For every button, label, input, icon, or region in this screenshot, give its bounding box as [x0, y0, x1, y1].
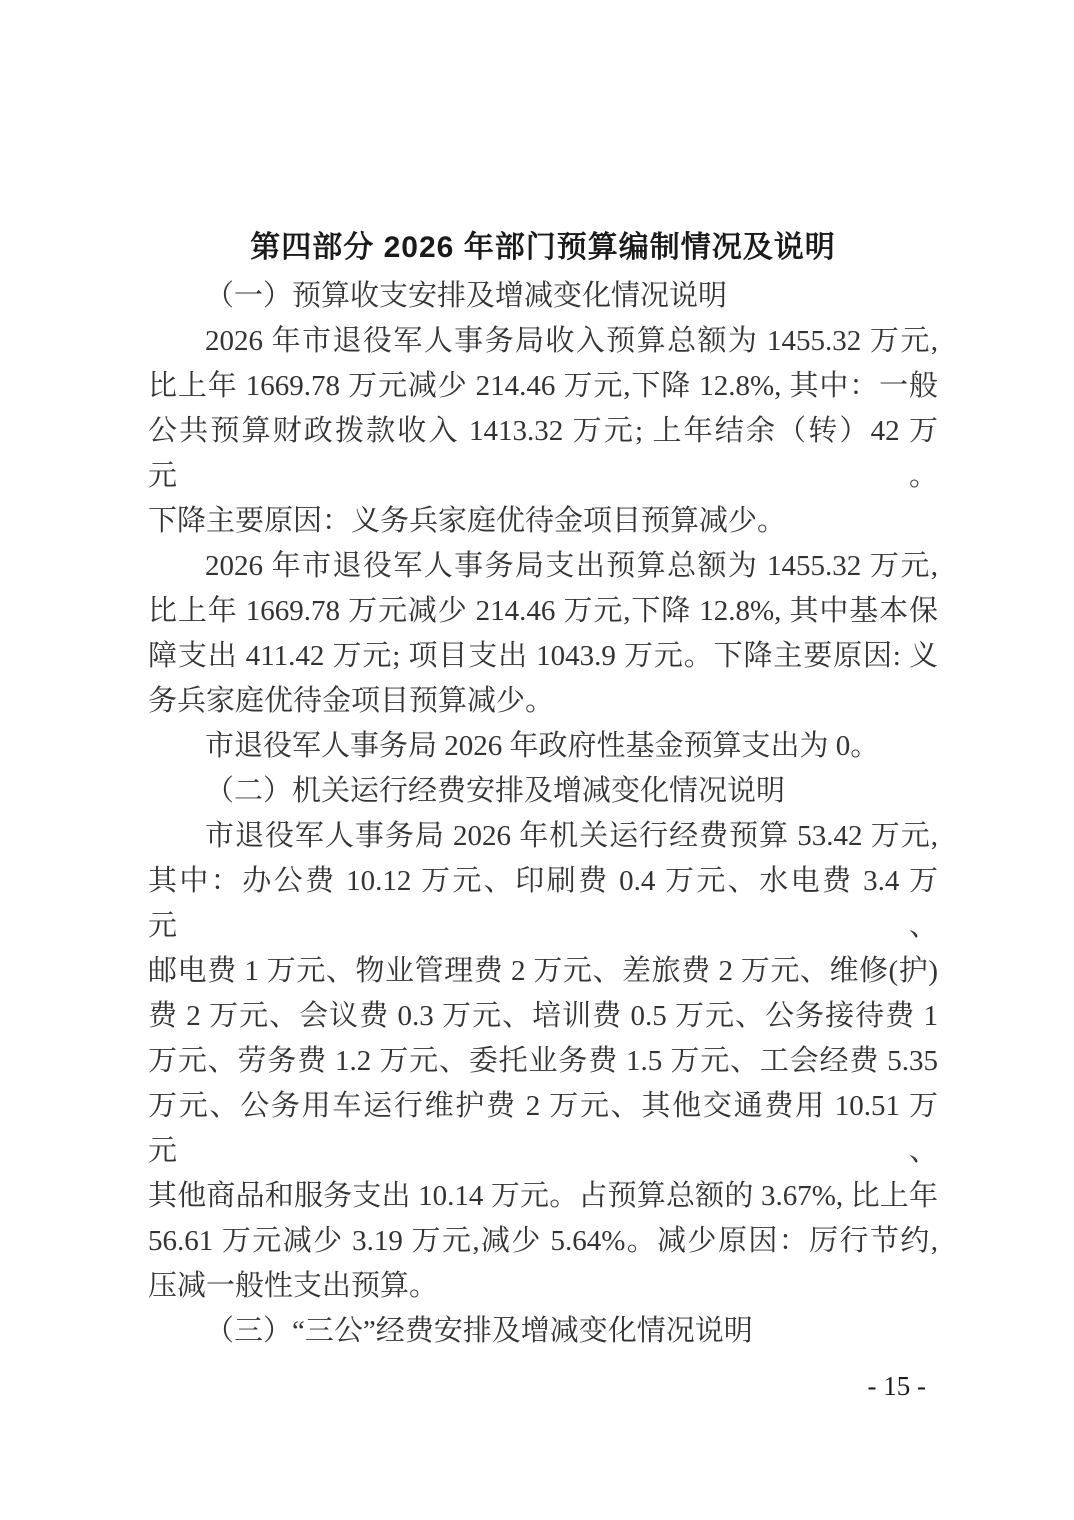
body-line: 障支出 411.42 万元; 项目支出 1043.9 万元。下降主要原因: 义: [148, 634, 938, 679]
body-line: 比上年 1669.78 万元减少 214.46 万元,下降 12.8%, 其中基…: [148, 589, 938, 634]
body-line: 邮电费 1 万元、物业管理费 2 万元、差旅费 2 万元、维修(护): [148, 949, 938, 994]
section-heading-2: （二）机关运行经费安排及增减变化情况说明: [148, 769, 938, 814]
body-line: 2026 年市退役军人事务局支出预算总额为 1455.32 万元,: [148, 544, 938, 589]
document-body: 第四部分 2026 年部门预算编制情况及说明 （一）预算收支安排及增减变化情况说…: [148, 222, 938, 1354]
body-line: 下降主要原因：义务兵家庭优待金项目预算减少。: [148, 499, 938, 544]
body-line: 万元、劳务费 1.2 万元、委托业务费 1.5 万元、工会经费 5.35: [148, 1039, 938, 1084]
body-line: 2026 年市退役军人事务局收入预算总额为 1455.32 万元,: [148, 319, 938, 364]
body-line: 万元、公务用车运行维护费 2 万元、其他交通费用 10.51 万元、: [148, 1084, 938, 1174]
body-line: 56.61 万元减少 3.19 万元,减少 5.64%。减少原因：厉行节约,: [148, 1219, 938, 1264]
body-line: 公共预算财政拨款收入 1413.32 万元; 上年结余（转）42 万元。: [148, 409, 938, 499]
body-line: 费 2 万元、会议费 0.3 万元、培训费 0.5 万元、公务接待费 1: [148, 994, 938, 1039]
body-line: 务兵家庭优待金项目预算减少。: [148, 679, 938, 724]
body-line: 其他商品和服务支出 10.14 万元。占预算总额的 3.67%, 比上年: [148, 1174, 938, 1219]
body-line: 压减一般性支出预算。: [148, 1264, 938, 1309]
page-number: - 15 -: [868, 1368, 926, 1404]
body-line: 市退役军人事务局 2026 年政府性基金预算支出为 0。: [148, 724, 938, 769]
section-heading-3: （三）“三公”经费安排及增减变化情况说明: [148, 1309, 938, 1354]
page-title: 第四部分 2026 年部门预算编制情况及说明: [148, 222, 938, 274]
section-heading-1: （一）预算收支安排及增减变化情况说明: [148, 274, 938, 319]
body-line: 市退役军人事务局 2026 年机关运行经费预算 53.42 万元,: [148, 814, 938, 859]
body-line: 其中：办公费 10.12 万元、印刷费 0.4 万元、水电费 3.4 万元、: [148, 859, 938, 949]
document-page: 第四部分 2026 年部门预算编制情况及说明 （一）预算收支安排及增减变化情况说…: [0, 0, 1074, 1520]
body-line: 比上年 1669.78 万元减少 214.46 万元,下降 12.8%, 其中：…: [148, 364, 938, 409]
